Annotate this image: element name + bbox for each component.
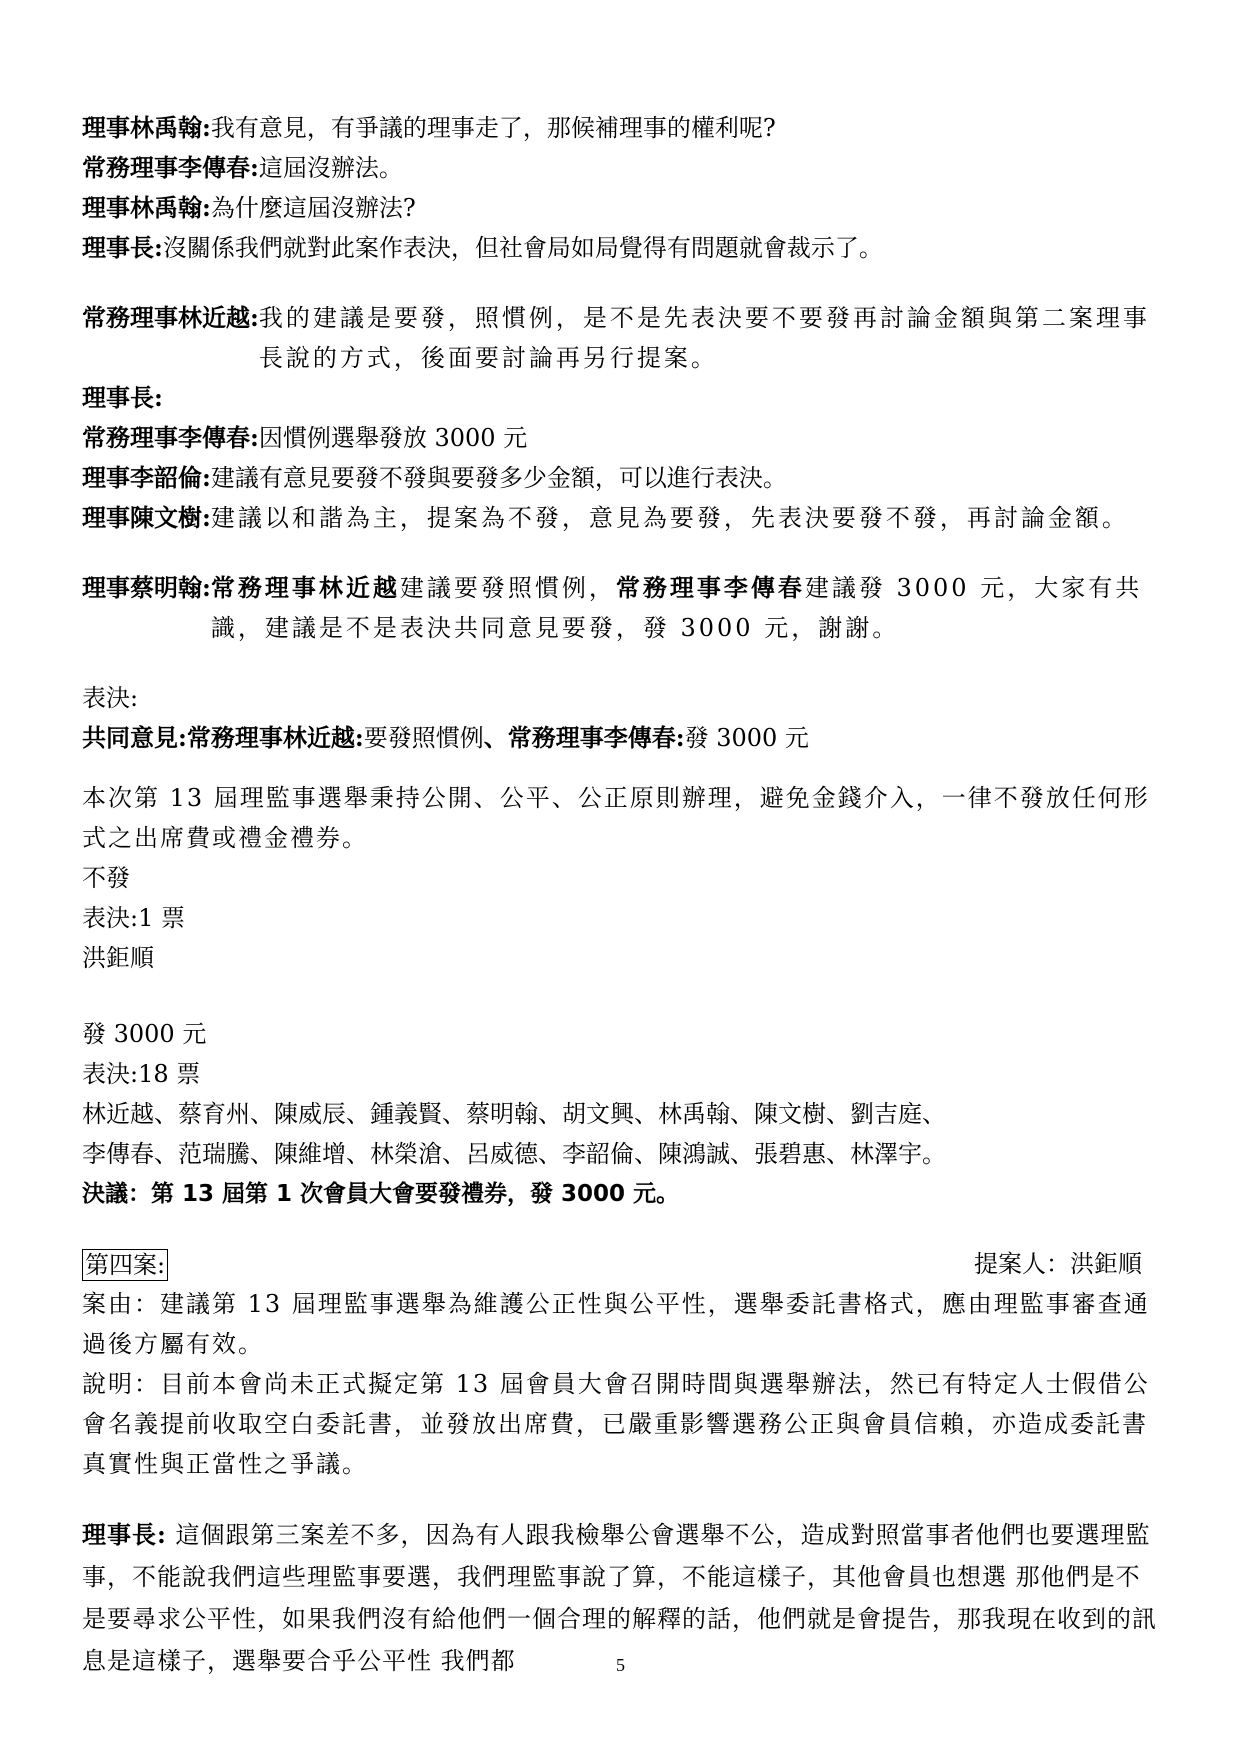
spacer bbox=[82, 978, 1162, 1014]
separator: 、 bbox=[484, 723, 508, 752]
speaker-name: 理事李韶倫: bbox=[82, 463, 211, 492]
option-yes-label: 發 3000 元 bbox=[82, 1014, 1162, 1054]
speaker-name: 理事林禹翰: bbox=[82, 113, 211, 142]
speaker-name: 常務理事李傳春: bbox=[508, 723, 685, 752]
case-proposer: 提案人：洪鉅順 bbox=[974, 1244, 1142, 1284]
spacer bbox=[82, 538, 1162, 568]
spacer bbox=[82, 648, 1162, 678]
speech-text: 沒關係我們就對此案作表決，但社會局如局覺得有問題就會裁示了。 bbox=[163, 234, 883, 262]
speaker-name: 理事長: bbox=[82, 1520, 167, 1549]
speech-fragment: 建議要發照慣例， bbox=[400, 574, 616, 602]
option-no-count: 表決:1 票 bbox=[82, 898, 1162, 938]
speech-text: 這個跟第三案差不多，因為有人跟我檢舉公會選舉不公，造成對照當事者他們也要選理監事… bbox=[82, 1521, 1157, 1675]
dialogue-line: 常務理事李傳春:因慣例選舉發放 3000 元 bbox=[82, 418, 1162, 458]
case-explanation: 說明：目前本會尚未正式擬定第 13 屆會員大會召開時間與選舉辦法，然已有特定人士… bbox=[82, 1364, 1162, 1484]
speech-text: 建議有意見要發不發與要發多少金額，可以進行表決。 bbox=[211, 464, 787, 492]
speaker-name: 常務理事李傳春: bbox=[82, 153, 259, 182]
speaker-name: 常務理事林近越: bbox=[82, 298, 259, 378]
speaker-name: 理事蔡明翰: bbox=[82, 568, 211, 648]
dialogue-line: 理事長: bbox=[82, 378, 1162, 418]
speaker-name: 常務理事林近越: bbox=[187, 723, 364, 752]
case-label: 第四案: bbox=[82, 1249, 168, 1281]
vote-label: 表決: bbox=[82, 678, 1162, 718]
speech-text: 我的建議是要發，照慣例，是不是先表決要不要發再討論金額與第二案理事長說的方式，後… bbox=[259, 298, 1162, 378]
dialogue-line: 理事林禹翰:為什麼這屆沒辦法? bbox=[82, 188, 1162, 228]
dialogue-paragraph: 理事陳文樹: 建議以和諧為主，提案為不發，意見為要發，先表決要發不發，再討論金額… bbox=[82, 498, 1162, 538]
resolution: 決議：第 13 屆第 1 次會員大會要發禮券，發 3000 元。 bbox=[82, 1174, 1162, 1214]
opinion-text: 要發照慣例 bbox=[364, 724, 484, 752]
opinion-text: 發 3000 元 bbox=[685, 724, 809, 752]
common-opinion: 共同意見:常務理事林近越:要發照慣例、常務理事李傳春:發 3000 元 bbox=[82, 718, 1162, 758]
spacer bbox=[82, 1214, 1162, 1244]
option-yes-count: 表決:18 票 bbox=[82, 1054, 1162, 1094]
referenced-speaker: 常務理事林近越 bbox=[211, 573, 400, 602]
spacer bbox=[82, 758, 1162, 778]
speech-text: 為什麼這屆沒辦法? bbox=[211, 194, 416, 222]
dialogue-paragraph: 理事蔡明翰: 常務理事林近越建議要發照慣例，常務理事李傳春建議發 3000 元，… bbox=[82, 568, 1162, 648]
speech-text: 建議以和諧為主，提案為不發，意見為要發，先表決要發不發，再討論金額。 bbox=[211, 498, 1162, 538]
case-reason: 案由：建議第 13 屆理監事選舉為維護公正性與公平性，選舉委託書格式，應由理監事… bbox=[82, 1284, 1162, 1364]
document-page: 理事林禹翰:我有意見，有爭議的理事走了，那候補理事的權利呢? 常務理事李傳春:這… bbox=[82, 108, 1162, 1682]
common-opinion-label: 共同意見: bbox=[82, 723, 187, 752]
speech-text: 我有意見，有爭議的理事走了，那候補理事的權利呢? bbox=[211, 114, 776, 142]
speaker-name: 常務理事李傳春: bbox=[82, 423, 259, 452]
speech-text: 這屆沒辦法。 bbox=[259, 154, 403, 182]
speaker-name: 理事長: bbox=[82, 233, 163, 262]
spacer bbox=[82, 1484, 1162, 1514]
option-no-voters: 洪鉅順 bbox=[82, 938, 1162, 978]
dialogue-paragraph: 常務理事林近越: 我的建議是要發，照慣例，是不是先表決要不要發再討論金額與第二案… bbox=[82, 298, 1162, 378]
page-number: 5 bbox=[0, 1655, 1241, 1676]
dialogue-line: 理事李韶倫:建議有意見要發不發與要發多少金額，可以進行表決。 bbox=[82, 458, 1162, 498]
speaker-name: 理事陳文樹: bbox=[82, 498, 211, 538]
option-yes-voters: 林近越、蔡育州、陳威辰、鍾義賢、蔡明翰、胡文興、林禹翰、陳文樹、劉吉庭、 bbox=[82, 1094, 1162, 1134]
referenced-speaker: 常務理事李傳春 bbox=[616, 573, 805, 602]
dialogue-line: 理事林禹翰:我有意見，有爭議的理事走了，那候補理事的權利呢? bbox=[82, 108, 1162, 148]
speaker-name: 理事林禹翰: bbox=[82, 193, 211, 222]
spacer bbox=[82, 268, 1162, 298]
option-yes-voters: 李傳春、范瑞騰、陳維增、林榮滄、呂威德、李韶倫、陳鴻誠、張碧惠、林澤宇。 bbox=[82, 1134, 1162, 1174]
speech-text: 因慣例選舉發放 3000 元 bbox=[259, 424, 527, 452]
case-header: 第四案: 提案人：洪鉅順 bbox=[82, 1244, 1162, 1284]
option-no-label: 不發 bbox=[82, 858, 1162, 898]
speaker-name: 理事長: bbox=[82, 383, 163, 412]
dialogue-line: 理事長:沒關係我們就對此案作表決，但社會局如局覺得有問題就會裁示了。 bbox=[82, 228, 1162, 268]
proposal-text: 本次第 13 屆理監事選舉秉持公開、公平、公正原則辦理，避免金錢介入，一律不發放… bbox=[82, 778, 1162, 858]
speech-text: 常務理事林近越建議要發照慣例，常務理事李傳春建議發 3000 元，大家有共識，建… bbox=[211, 568, 1162, 648]
dialogue-line: 常務理事李傳春:這屆沒辦法。 bbox=[82, 148, 1162, 188]
